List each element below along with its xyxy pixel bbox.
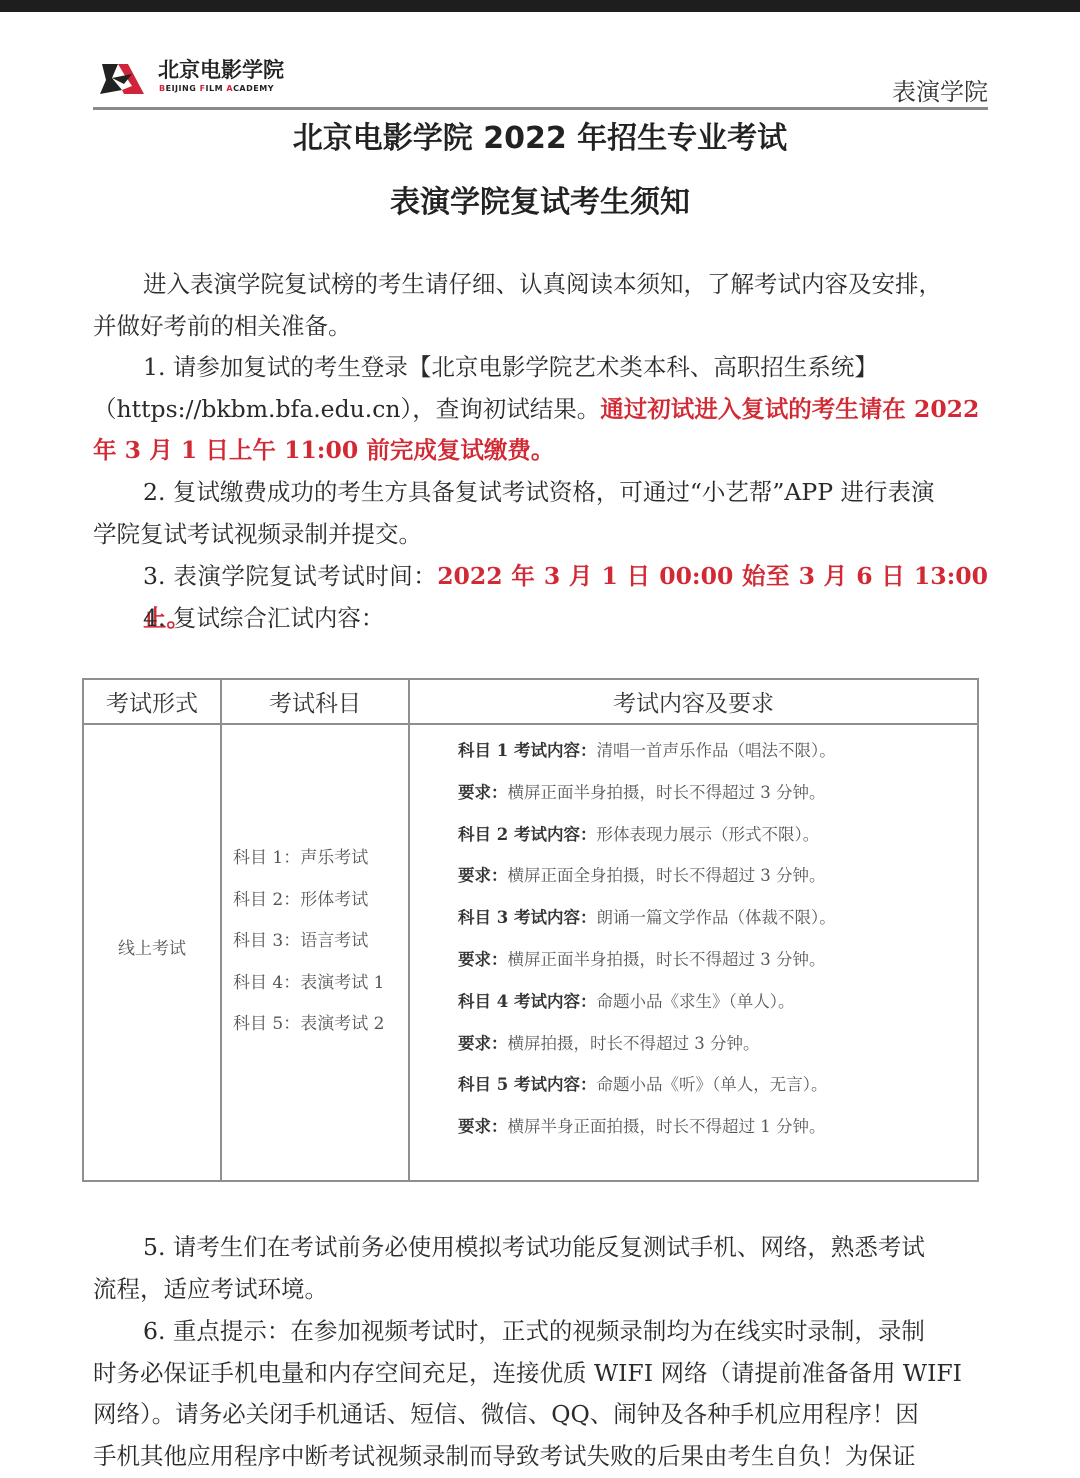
subject-item: 科目 2：形体考试 — [233, 880, 407, 922]
subject-item: 科目 1：声乐考试 — [233, 838, 407, 880]
header-divider — [93, 107, 988, 110]
exam-content-table: 考试形式 考试科目 考试内容及要求 线上考试 科目 1：声乐考试 科目 2：形体… — [82, 678, 979, 1182]
item-5-paragraph: 5. 请考生们在考试前务必使用模拟考试功能反复测试手机、网络，熟悉考试 流程，适… — [93, 1227, 988, 1310]
table-header-row: 考试形式 考试科目 考试内容及要求 — [83, 679, 978, 724]
requirement-line: 科目 1 考试内容：清唱一首声乐作品（唱法不限）。 — [458, 730, 976, 772]
requirement-line: 科目 2 考试内容：形体表现力展示（形式不限）。 — [458, 814, 976, 856]
payment-deadline-highlight: 通过初试进入复试的考生请在 2022 — [600, 395, 979, 423]
subject-item: 科目 5：表演考试 2 — [233, 1004, 407, 1046]
exam-format-cell: 线上考试 — [83, 724, 221, 1181]
header-exam-format: 考试形式 — [83, 679, 221, 724]
requirement-line: 科目 4 考试内容：命题小品《求生》（单人）。 — [458, 981, 976, 1023]
requirement-line: 要求：横屏正面半身拍摄，时长不得超过 3 分钟。 — [458, 772, 976, 814]
header-exam-subject: 考试科目 — [221, 679, 409, 724]
exam-subjects-cell: 科目 1：声乐考试 科目 2：形体考试 科目 3：语言考试 科目 4：表演考试 … — [221, 724, 409, 1181]
logo-english-name: BEIJING FILM ACADEMY — [159, 84, 274, 93]
table-row: 线上考试 科目 1：声乐考试 科目 2：形体考试 科目 3：语言考试 科目 4：… — [83, 724, 978, 1181]
exam-requirements-cell: 科目 1 考试内容：清唱一首声乐作品（唱法不限）。 要求：横屏正面半身拍摄，时长… — [409, 724, 978, 1181]
requirement-line: 科目 5 考试内容：命题小品《听》（单人，无言）。 — [458, 1064, 976, 1106]
requirement-line: 要求：横屏正面全身拍摄，时长不得超过 3 分钟。 — [458, 855, 976, 897]
document-title: 北京电影学院 2022 年招生专业考试 — [0, 113, 1080, 157]
intro-paragraph: 进入表演学院复试榜的考生请仔细、认真阅读本须知，了解考试内容及安排， 并做好考前… — [93, 264, 988, 347]
item-4-paragraph: 4. 复试综合汇试内容： — [93, 598, 988, 640]
requirement-line: 要求：横屏半身正面拍摄，时长不得超过 1 分钟。 — [458, 1106, 976, 1148]
top-status-bar — [0, 0, 1080, 12]
document-header: 北京电影学院 BEIJING FILM ACADEMY 表演学院 — [93, 55, 988, 110]
department-name: 表演学院 — [892, 72, 988, 107]
bfa-logo: 北京电影学院 BEIJING FILM ACADEMY — [98, 58, 288, 98]
requirement-line: 要求：横屏拍摄，时长不得超过 3 分钟。 — [458, 1023, 976, 1065]
logo-chinese-name: 北京电影学院 — [158, 58, 284, 82]
subject-item: 科目 3：语言考试 — [233, 921, 407, 963]
item-2-paragraph: 2. 复试缴费成功的考生方具备复试考试资格，可通过“小艺帮”APP 进行表演 学… — [93, 472, 988, 555]
item-6-paragraph: 6. 重点提示：在参加视频考试时，正式的视频录制均为在线实时录制，录制 时务必保… — [93, 1311, 988, 1478]
requirement-line: 科目 3 考试内容：朗诵一篇文学作品（体裁不限）。 — [458, 897, 976, 939]
document-subtitle: 表演学院复试考生须知 — [0, 177, 1080, 221]
film-star-logo-icon — [98, 60, 146, 96]
requirement-line: 要求：横屏正面半身拍摄，时长不得超过 3 分钟。 — [458, 939, 976, 981]
item-1-paragraph: 1. 请参加复试的考生登录【北京电影学院艺术类本科、高职招生系统】 （https… — [93, 347, 988, 472]
header-exam-content: 考试内容及要求 — [409, 679, 978, 724]
subject-item: 科目 4：表演考试 1 — [233, 963, 407, 1005]
